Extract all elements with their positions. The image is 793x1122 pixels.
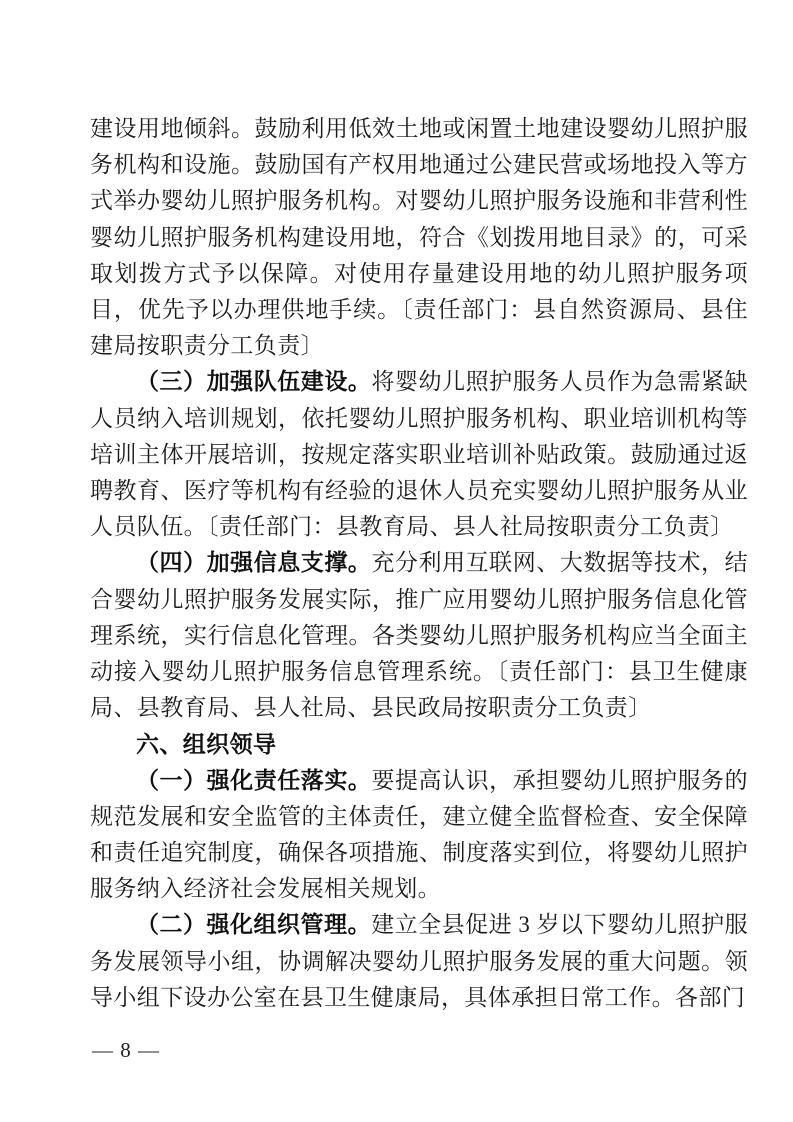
paragraph-lead: （三）加强队伍建设。 [136, 369, 371, 394]
paragraph-text: 将婴幼儿照护服务人员作为急需紧缺人员纳入培训规划，依托婴幼儿照护服务机构、职业培… [90, 369, 748, 539]
paragraph: （四）加强信息支撑。充分利用互联网、大数据等技术，结合婴幼儿照护服务发展实际，推… [90, 545, 748, 726]
paragraph: 建设用地倾斜。鼓励利用低效土地或闲置土地建设婴幼儿照护服务机构和设施。鼓励国有产… [90, 111, 748, 364]
section-heading: 六、组织领导 [90, 726, 748, 762]
page-number: — 8 — [92, 1038, 160, 1063]
paragraph: （二）强化组织管理。建立全县促进 3 岁以下婴幼儿照护服务发展领导小组，协调解决… [90, 907, 748, 1016]
paragraph-lead: （二）强化组织管理。 [136, 912, 371, 937]
paragraph-lead: （四）加强信息支撑。 [136, 550, 371, 575]
document-body: 建设用地倾斜。鼓励利用低效土地或闲置土地建设婴幼儿照护服务机构和设施。鼓励国有产… [90, 111, 748, 1016]
paragraph: （一）强化责任落实。要提高认识，承担婴幼儿照护服务的规范发展和安全监管的主体责任… [90, 763, 748, 908]
paragraph: （三）加强队伍建设。将婴幼儿照护服务人员作为急需紧缺人员纳入培训规划，依托婴幼儿… [90, 364, 748, 545]
paragraph-lead: （一）强化责任落实。 [136, 768, 371, 793]
paragraph-text: 充分利用互联网、大数据等技术，结合婴幼儿照护服务发展实际，推广应用婴幼儿照护服务… [90, 550, 748, 720]
paragraph-text: 建设用地倾斜。鼓励利用低效土地或闲置土地建设婴幼儿照护服务机构和设施。鼓励国有产… [90, 116, 748, 358]
document-page: 建设用地倾斜。鼓励利用低效土地或闲置土地建设婴幼儿照护服务机构和设施。鼓励国有产… [0, 0, 793, 1122]
